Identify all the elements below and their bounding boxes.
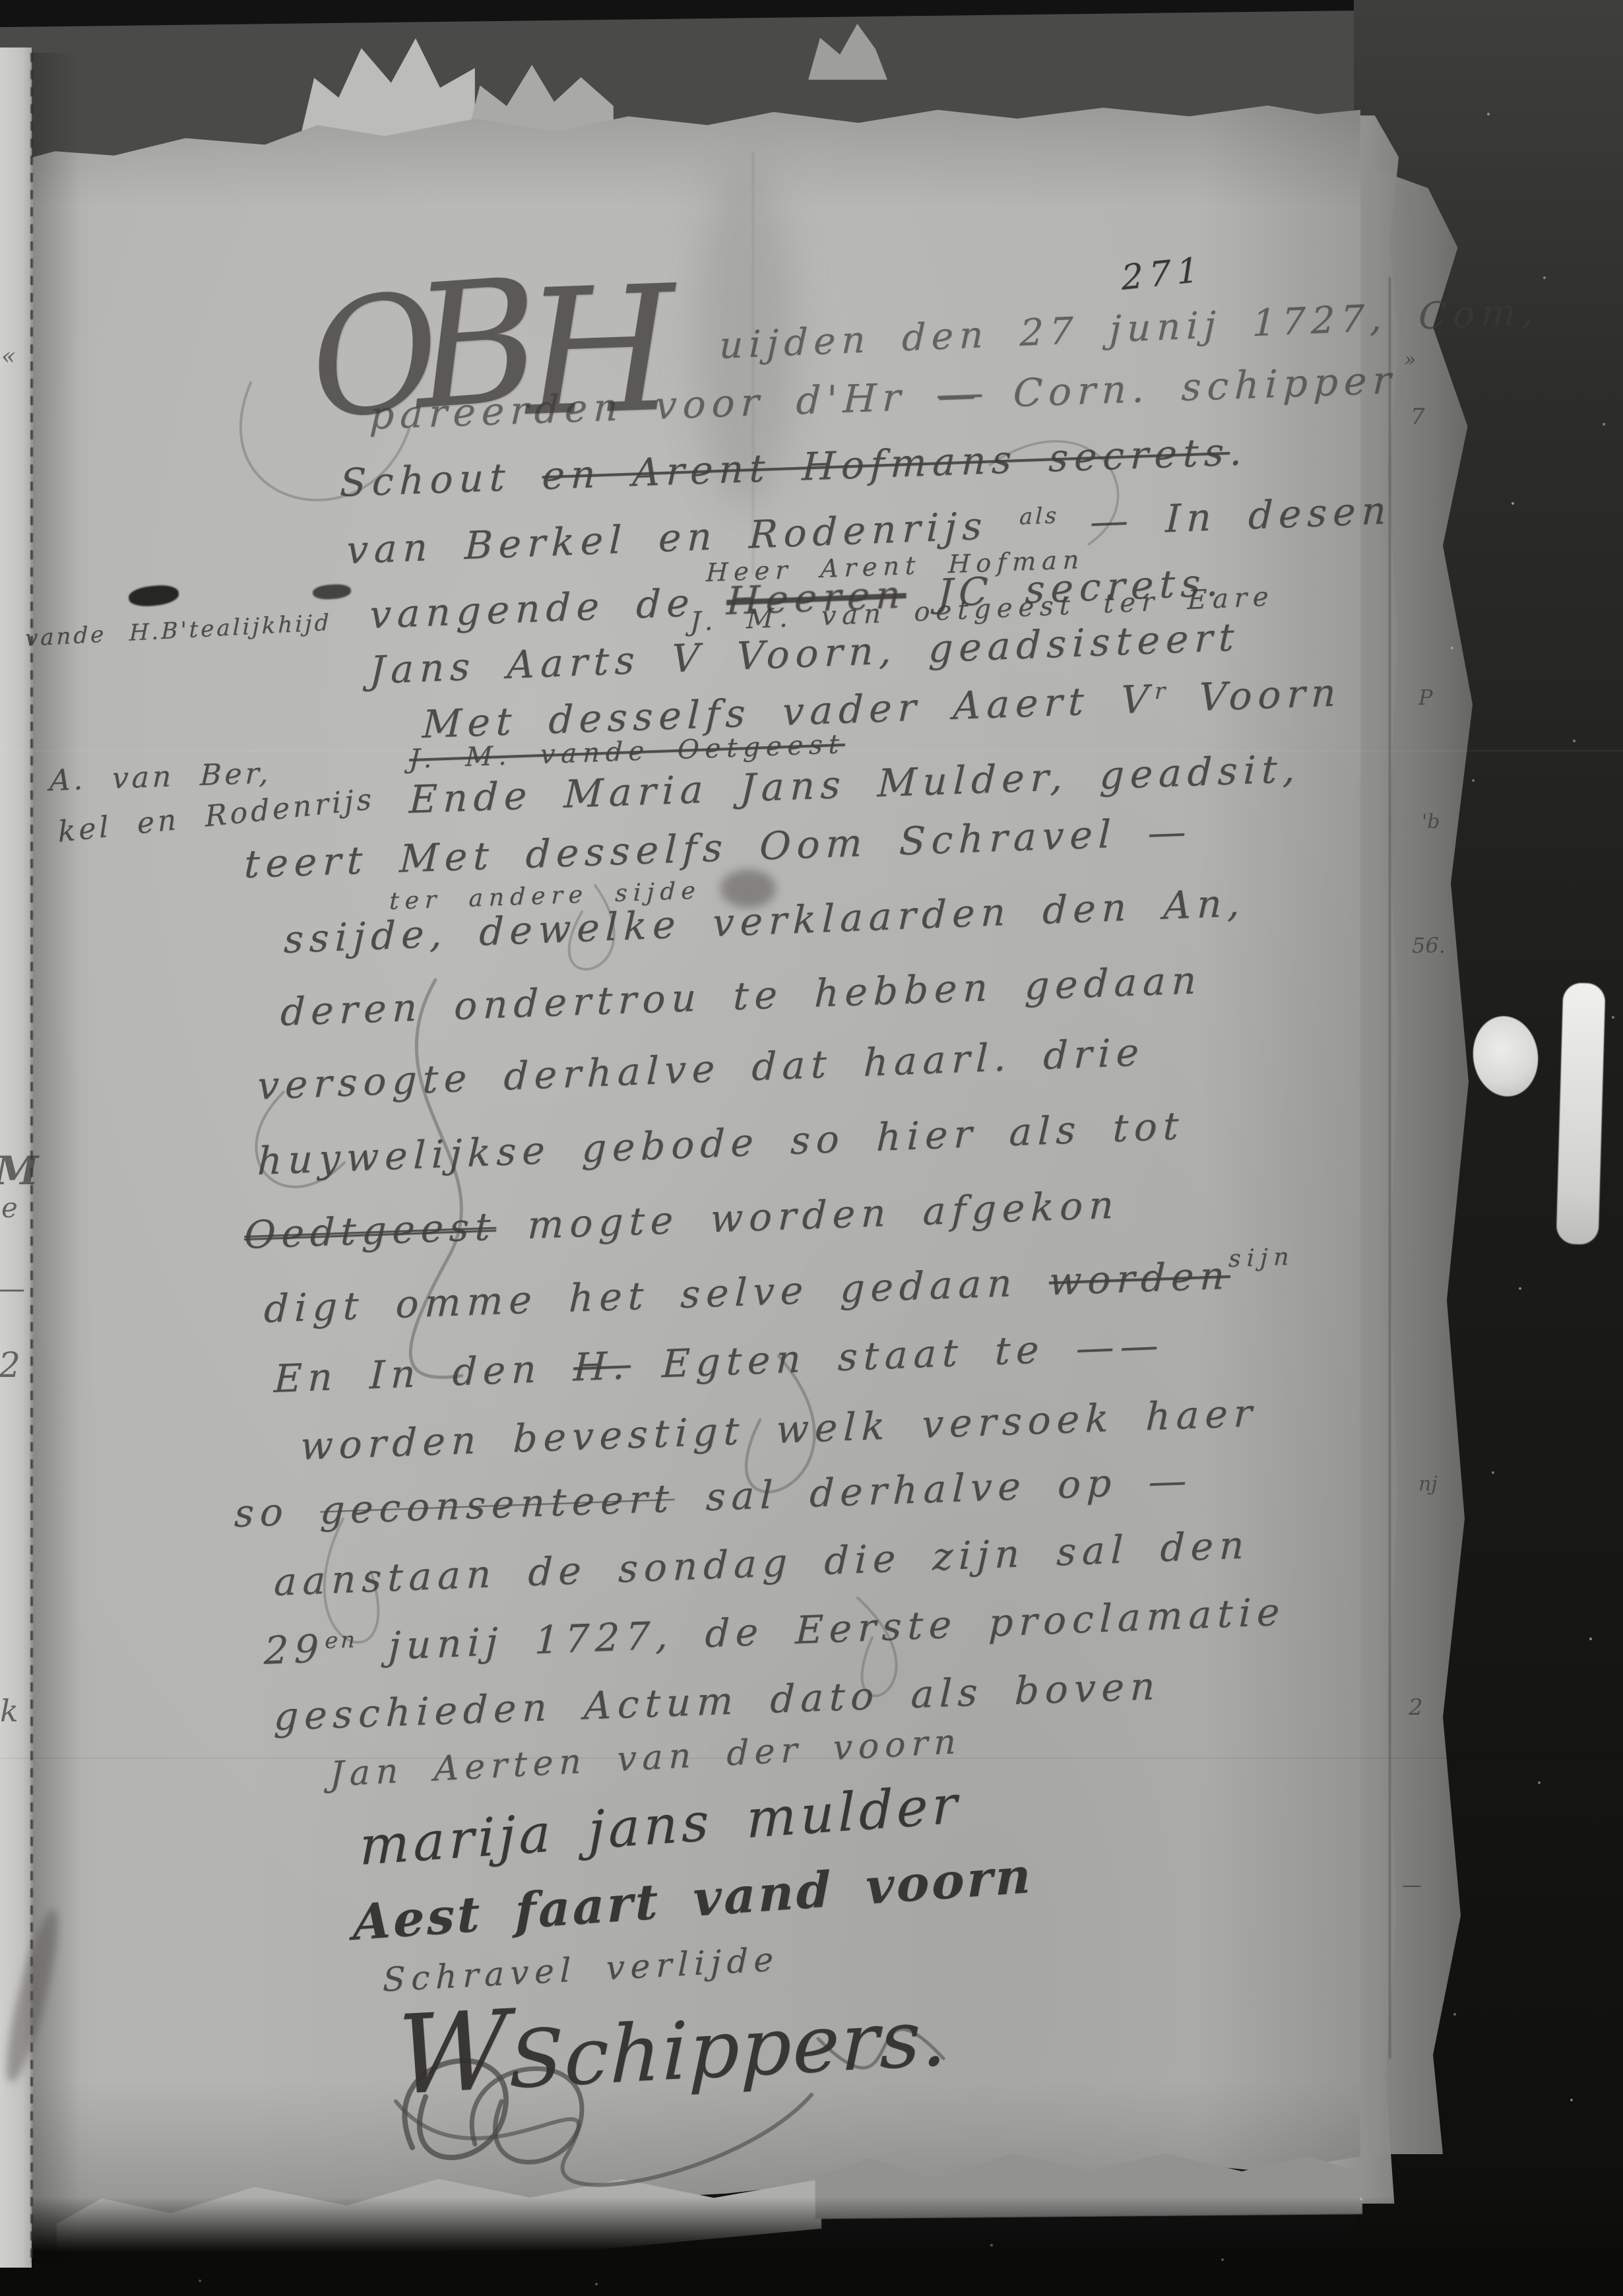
edge-fragment: k — [0, 1693, 18, 1729]
edge-fragment: 2 — [0, 1346, 20, 1386]
manuscript-photo: 271 O B H uijden den 27 junij 1727, Com,… — [0, 0, 1623, 2296]
torn-paper-strip — [1556, 982, 1605, 1245]
edge-fragment: 56. — [1412, 933, 1446, 958]
dark-background-bottom — [0, 2197, 1623, 2296]
edge-fragment: 2 — [1409, 1694, 1423, 1721]
edge-fragment: P — [1418, 685, 1433, 710]
edge-fragment: » — [1404, 348, 1416, 371]
edge-fragment: e — [1, 1192, 18, 1224]
dust-specks — [0, 0, 1, 1]
interline-insertion: sijn — [1228, 1243, 1295, 1273]
edge-fragment: nj — [1418, 1473, 1438, 1496]
edge-fragment: — — [0, 1272, 25, 1306]
edge-fragment: — — [1402, 1874, 1422, 1897]
edge-fragment: 'b — [1422, 810, 1440, 833]
page-edge-crease — [1389, 277, 1391, 2058]
edge-fragment: « — [1, 343, 16, 370]
signature-flourish: W — [395, 1987, 511, 2119]
edge-fragment: 7 — [1411, 404, 1425, 430]
edge-fragment: M — [0, 1148, 38, 1194]
